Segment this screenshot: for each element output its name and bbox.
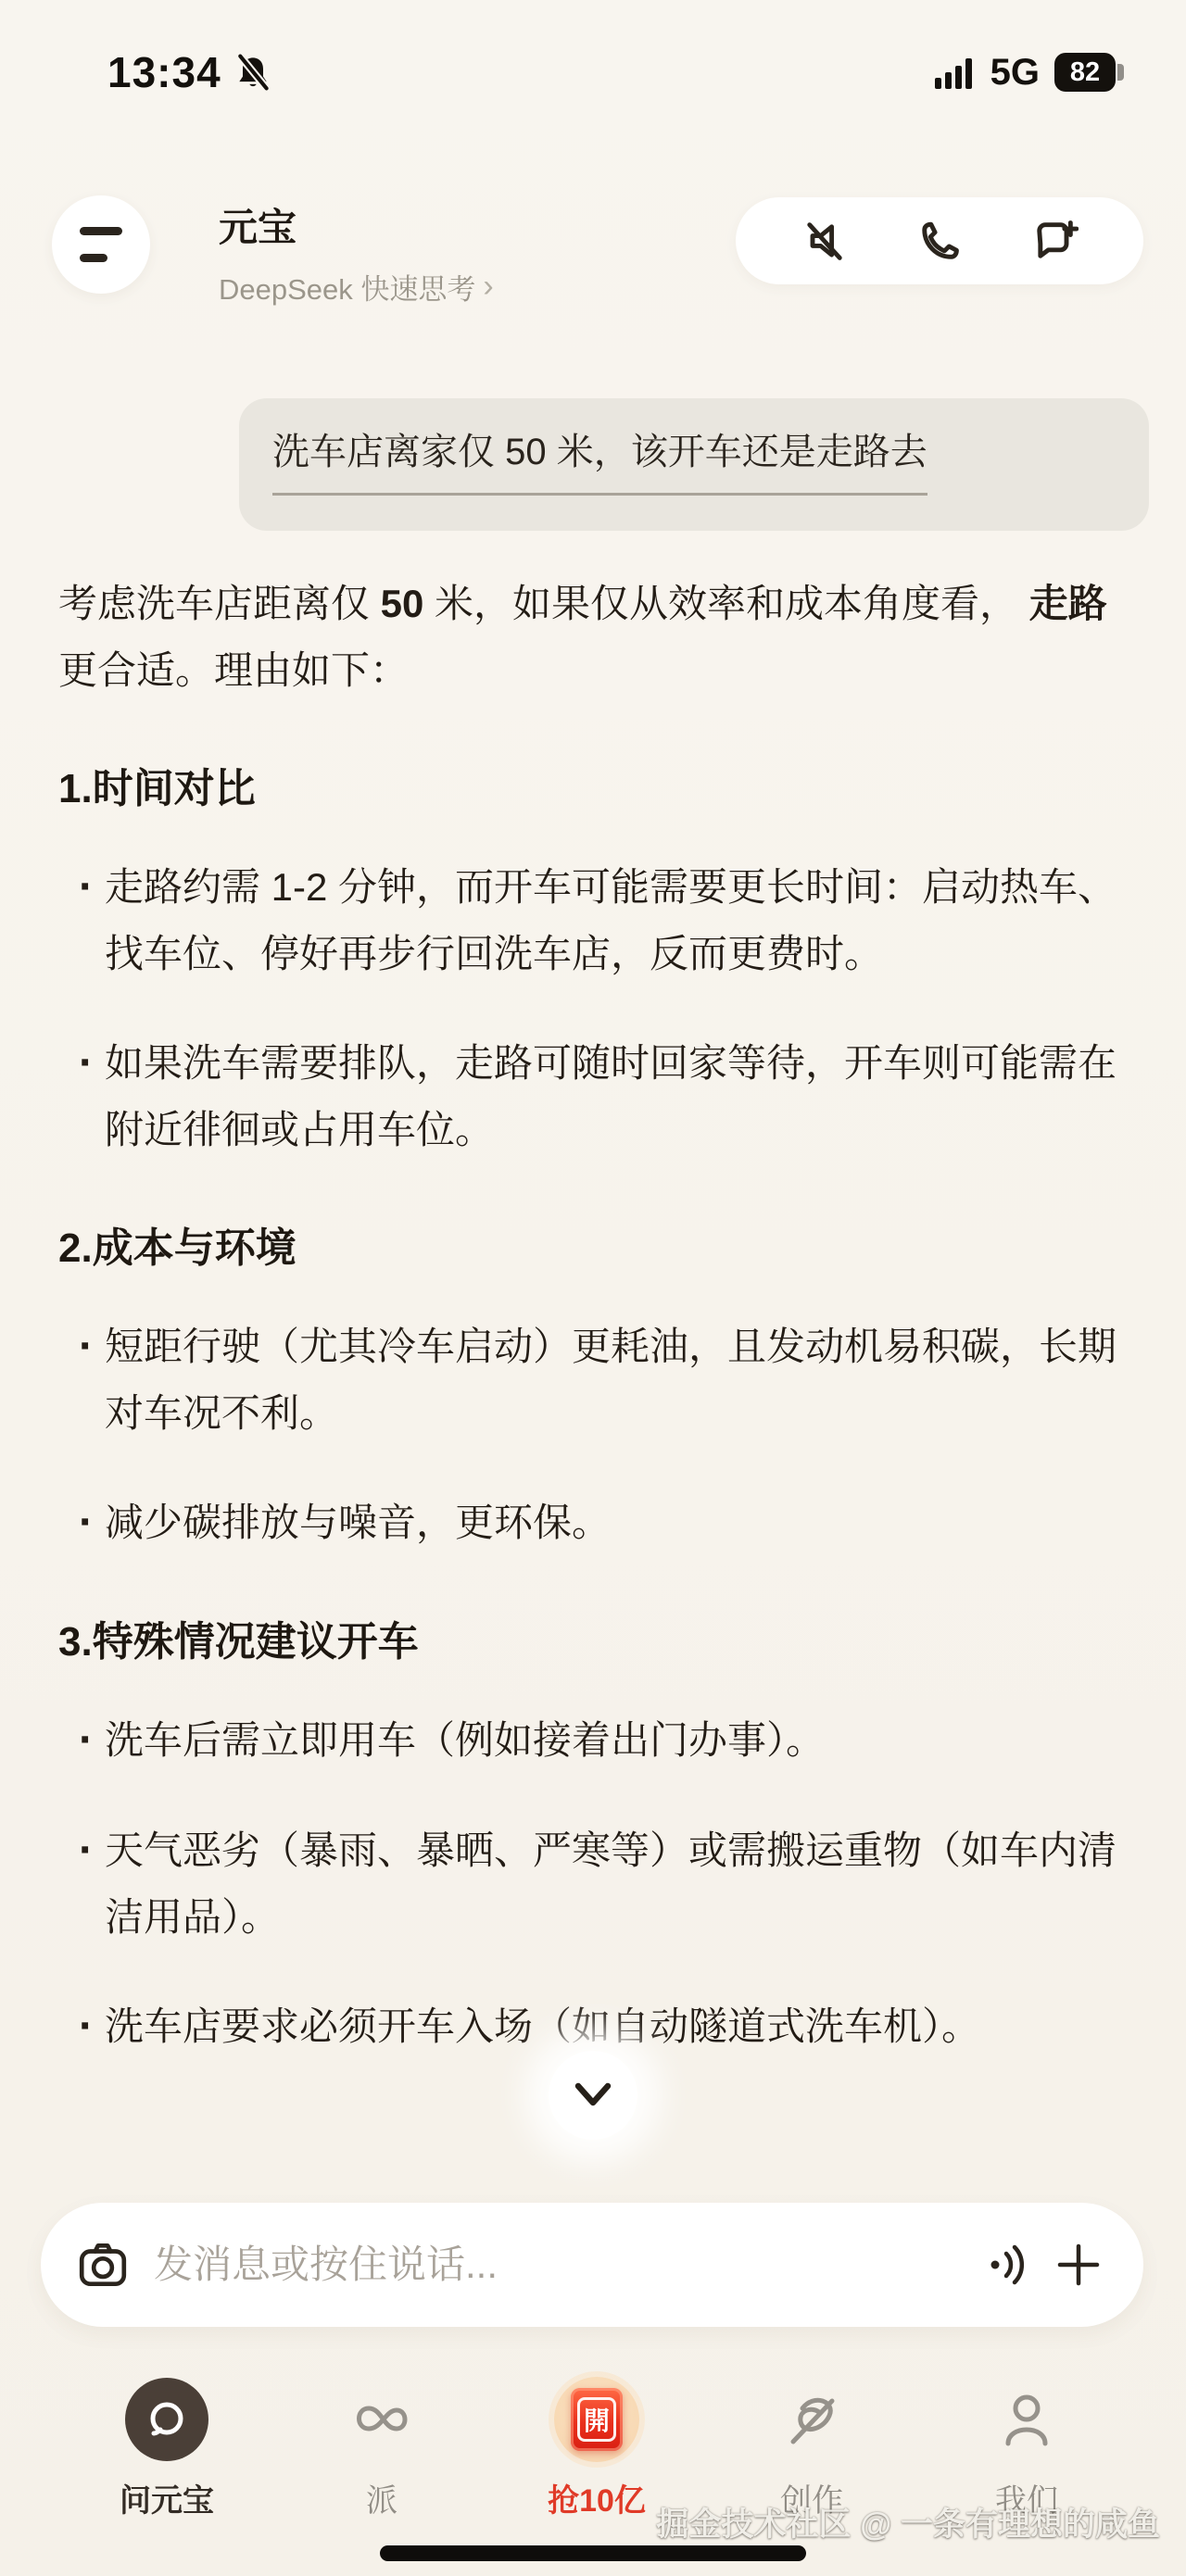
section-title-3: 3.特殊情况建议开车 xyxy=(58,1609,1130,1676)
section-2-bullets: 短距行驶（尤其冷车启动）更耗油，且发动机易积碳，长期对车况不利。 减少碳排放与噪… xyxy=(58,1313,1130,1557)
model-name: DeepSeek 快速思考 xyxy=(219,266,475,308)
chevron-right-icon: › xyxy=(483,269,493,305)
section-title-1: 1.时间对比 xyxy=(58,756,1130,823)
envelope-open-char: 開 xyxy=(584,2401,610,2438)
user-message-bubble: 洗车店离家仅 50 米，该开车还是走路去 xyxy=(239,398,1149,531)
message-input[interactable] xyxy=(154,2243,960,2287)
bullet-dot xyxy=(58,1993,105,2061)
create-pen-icon xyxy=(773,2381,851,2458)
voice-wave-icon[interactable] xyxy=(984,2242,1030,2288)
menu-icon xyxy=(80,227,122,235)
bullet-dot xyxy=(58,854,105,987)
header-actions xyxy=(736,197,1143,284)
bullet-dot xyxy=(58,1313,105,1447)
battery-nub xyxy=(1117,64,1124,81)
message-composer xyxy=(41,2203,1143,2327)
signal-strength-icon xyxy=(933,54,976,91)
bold-50: 50 xyxy=(381,582,424,625)
tab-pai[interactable]: 派 xyxy=(311,2377,452,2534)
tab-grab-1-billion[interactable]: 開 抢10亿 xyxy=(526,2377,667,2534)
tab-label: 抢10亿 xyxy=(548,2475,646,2520)
list-item: 减少碳排放与噪音，更环保。 xyxy=(58,1489,1130,1557)
section-1-bullets: 走路约需 1-2 分钟，而开车可能需要更长时间：启动热车、找车位、停好再步行回洗… xyxy=(58,854,1130,1163)
bold-walk: 走路 xyxy=(1029,582,1107,625)
muted-bell-icon xyxy=(233,52,273,93)
red-envelope-icon: 開 xyxy=(554,2377,639,2462)
app-title: 元宝 xyxy=(219,197,494,253)
scroll-to-bottom-button[interactable] xyxy=(549,2051,637,2140)
menu-icon-bar xyxy=(80,254,107,262)
battery-indicator: 82 xyxy=(1054,52,1127,93)
bullet-dot xyxy=(58,1489,105,1557)
assistant-message: 考虑洗车店距离仅 50 米，如果仅从效率和成本角度看， 走路 更合适。理由如下：… xyxy=(58,571,1130,2104)
speaker-muted-icon[interactable] xyxy=(801,217,849,265)
status-left: 13:34 xyxy=(107,47,273,97)
list-item: 如果洗车需要排队，走路可随时回家等待，开车则可能需在附近徘徊或占用车位。 xyxy=(58,1030,1130,1163)
plus-icon[interactable] xyxy=(1054,2241,1103,2289)
bullet-dot xyxy=(58,1707,105,1775)
person-icon xyxy=(988,2381,1066,2458)
status-bar: 13:34 5G 82 xyxy=(0,43,1186,102)
chat-bubble-icon xyxy=(125,2378,208,2461)
list-item: 天气恶劣（暴雨、暴晒、严寒等）或需搬运重物（如车内清洁用品）。 xyxy=(58,1817,1130,1951)
section-title-2: 2.成本与环境 xyxy=(58,1215,1130,1282)
answer-intro: 考虑洗车店距离仅 50 米，如果仅从效率和成本角度看， 走路 更合适。理由如下： xyxy=(58,571,1130,704)
tab-ask-yuanbao[interactable]: 问元宝 xyxy=(96,2377,237,2534)
clock: 13:34 xyxy=(107,47,221,97)
status-right: 5G 82 xyxy=(933,52,1127,94)
section-3-bullets: 洗车后需立即用车（例如接着出门办事）。 天气恶劣（暴雨、暴晒、严寒等）或需搬运重… xyxy=(58,1707,1130,2061)
watermark-text: 掘金技术社区 @ 一条有理想的咸鱼 xyxy=(656,2499,1160,2545)
yuanbao-chat-screen: 13:34 5G 82 xyxy=(0,0,1186,2576)
list-item: 走路约需 1-2 分钟，而开车可能需要更长时间：启动热车、找车位、停好再步行回洗… xyxy=(58,854,1130,987)
chat-header: 元宝 DeepSeek 快速思考 › xyxy=(0,190,1186,303)
battery-percent: 82 xyxy=(1070,57,1100,88)
infinity-icon xyxy=(343,2381,421,2458)
model-selector[interactable]: DeepSeek 快速思考 › xyxy=(219,266,494,308)
bullet-dot xyxy=(58,1817,105,1951)
home-indicator[interactable] xyxy=(380,2545,806,2561)
phone-call-icon[interactable] xyxy=(915,217,964,265)
list-item: 洗车后需立即用车（例如接着出门办事）。 xyxy=(58,1707,1130,1775)
list-item: 短距行驶（尤其冷车启动）更耗油，且发动机易积碳，长期对车况不利。 xyxy=(58,1313,1130,1447)
tab-label: 派 xyxy=(366,2475,397,2520)
new-chat-icon[interactable] xyxy=(1030,217,1079,265)
menu-button[interactable] xyxy=(52,195,150,294)
camera-icon[interactable] xyxy=(76,2238,130,2292)
battery-body: 82 xyxy=(1054,53,1116,92)
user-message-text: 洗车店离家仅 50 米，该开车还是走路去 xyxy=(272,428,927,496)
chevron-down-icon xyxy=(573,2082,613,2108)
network-type: 5G xyxy=(990,52,1040,94)
tab-label: 问元宝 xyxy=(120,2475,214,2520)
bullet-dot xyxy=(58,1030,105,1163)
header-text: 元宝 DeepSeek 快速思考 › xyxy=(219,197,494,308)
